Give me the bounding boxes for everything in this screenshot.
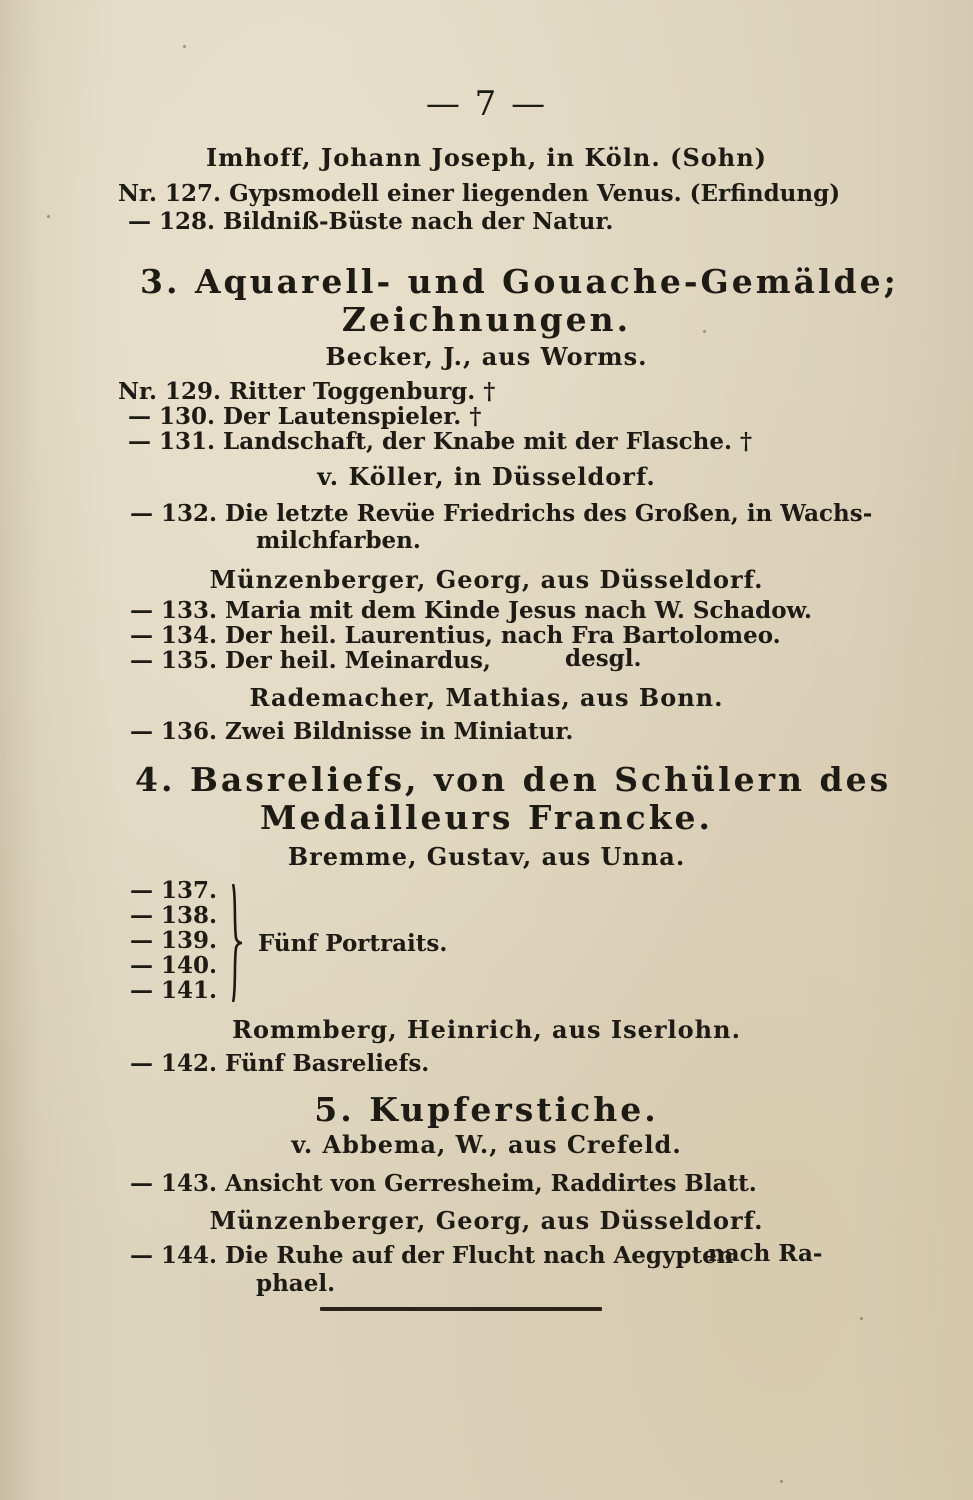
entry-title: Landschaft, der Knabe mit der Flasche. † xyxy=(223,428,752,455)
catalog-entry: — 134. Der heil. Laurentius, nach Fra Ba… xyxy=(130,622,781,649)
entry-number: — 135. xyxy=(130,647,217,674)
catalog-entry: — 135. Der heil. Meinardus, xyxy=(130,647,491,674)
entry-number: — 141. xyxy=(130,978,217,1003)
entry-title-cont: milchfarben. xyxy=(256,527,421,554)
entry-number: — 142. xyxy=(130,1050,217,1077)
catalog-entry: Nr. 129. Ritter Toggenburg. † xyxy=(118,378,495,405)
entry-ditto: desgl. xyxy=(565,645,642,672)
entry-title: Zwei Bildnisse in Miniatur. xyxy=(225,718,573,745)
entry-number: — 130. xyxy=(128,403,215,430)
entry-number: Nr. 129. xyxy=(118,378,221,405)
catalog-entry: Nr. 127. Gypsmodell einer liegenden Venu… xyxy=(118,180,840,207)
entry-number: — 140. xyxy=(130,953,217,978)
artist-heading: Imhoff, Johann Joseph, in Köln. (Sohn) xyxy=(0,143,973,172)
section-heading-cont: Zeichnungen. xyxy=(0,300,973,339)
entry-number: — 132. xyxy=(130,500,217,527)
catalog-entry: — 132. Die letzte Revüe Friedrichs des G… xyxy=(130,500,872,527)
entry-number: — 134. xyxy=(130,622,217,649)
entry-number: — 137. xyxy=(130,878,217,903)
grouped-entry-title: Fünf Portraits. xyxy=(258,930,447,957)
entry-title: Der Lautenspieler. † xyxy=(223,403,481,430)
catalog-entry: — 131. Landschaft, der Knabe mit der Fla… xyxy=(128,428,752,455)
book-page: — 7 — Imhoff, Johann Joseph, in Köln. (S… xyxy=(0,0,973,1500)
paper-speck xyxy=(47,215,50,218)
grouped-entry-numbers: — 137. — 138. — 139. — 140. — 141. xyxy=(130,878,217,1003)
catalog-entry: — 143. Ansicht von Gerresheim, Raddirtes… xyxy=(130,1170,757,1197)
catalog-entry: — 133. Maria mit dem Kinde Jesus nach W.… xyxy=(130,597,812,624)
curly-brace-icon xyxy=(230,884,244,1002)
entry-title: Maria mit dem Kinde Jesus nach W. Schado… xyxy=(225,597,812,624)
paper-speck xyxy=(183,45,186,48)
catalog-entry: — 130. Der Lautenspieler. † xyxy=(128,403,481,430)
section-heading: 5. Kupferstiche. xyxy=(0,1090,973,1129)
section-heading: 3. Aquarell- und Gouache-Gemälde; xyxy=(140,262,899,301)
artist-heading: v. Köller, in Düsseldorf. xyxy=(0,462,973,491)
artist-heading: Becker, J., aus Worms. xyxy=(0,342,973,371)
artist-heading: Rademacher, Mathias, aus Bonn. xyxy=(0,683,973,712)
catalog-entry: — 144. Die Ruhe auf der Flucht nach Aegy… xyxy=(130,1242,733,1269)
entry-title: Die Ruhe auf der Flucht nach Aegypten xyxy=(225,1242,733,1269)
section-heading: 4. Basreliefs, von den Schülern des xyxy=(135,760,891,799)
entry-number: — 128. xyxy=(128,208,215,235)
entry-number: — 133. xyxy=(130,597,217,624)
entry-title-extra: nach Ra- xyxy=(708,1240,822,1267)
entry-number: — 144. xyxy=(130,1242,217,1269)
page-number: — 7 — xyxy=(0,84,973,124)
entry-title: Bildniß-Büste nach der Natur. xyxy=(223,208,613,235)
paper-speck xyxy=(780,1480,783,1483)
artist-heading: Münzenberger, Georg, aus Düsseldorf. xyxy=(0,1206,973,1235)
entry-title: Der heil. Laurentius, nach Fra Bartolome… xyxy=(225,622,781,649)
entry-number: — 143. xyxy=(130,1170,217,1197)
entry-number: — 131. xyxy=(128,428,215,455)
entry-title: Ritter Toggenburg. † xyxy=(229,378,495,405)
artist-heading: Bremme, Gustav, aus Unna. xyxy=(0,842,973,871)
entry-title-cont: phael. xyxy=(256,1270,335,1297)
end-rule xyxy=(320,1307,602,1311)
entry-number: — 139. xyxy=(130,928,217,953)
entry-title: Die letzte Revüe Friedrichs des Großen, … xyxy=(225,500,872,527)
catalog-entry: — 128. Bildniß-Büste nach der Natur. xyxy=(128,208,613,235)
artist-heading: v. Abbema, W., aus Crefeld. xyxy=(0,1130,973,1159)
catalog-entry: — 136. Zwei Bildnisse in Miniatur. xyxy=(130,718,573,745)
entry-title: Fünf Basreliefs. xyxy=(225,1050,429,1077)
entry-number: — 136. xyxy=(130,718,217,745)
entry-title: Der heil. Meinardus, xyxy=(225,647,491,674)
paper-speck xyxy=(860,1317,863,1320)
catalog-entry: — 142. Fünf Basreliefs. xyxy=(130,1050,429,1077)
entry-title: Ansicht von Gerresheim, Raddirtes Blatt. xyxy=(225,1170,757,1197)
grouped-entries: — 137. — 138. — 139. — 140. — 141. Fünf … xyxy=(130,878,217,1003)
section-heading-cont: Medailleurs Francke. xyxy=(0,798,973,837)
entry-number: Nr. 127. xyxy=(118,180,221,207)
artist-heading: Münzenberger, Georg, aus Düsseldorf. xyxy=(0,565,973,594)
artist-heading: Rommberg, Heinrich, aus Iserlohn. xyxy=(0,1015,973,1044)
entry-number: — 138. xyxy=(130,903,217,928)
entry-title: Gypsmodell einer liegenden Venus. (Erfin… xyxy=(229,180,840,207)
